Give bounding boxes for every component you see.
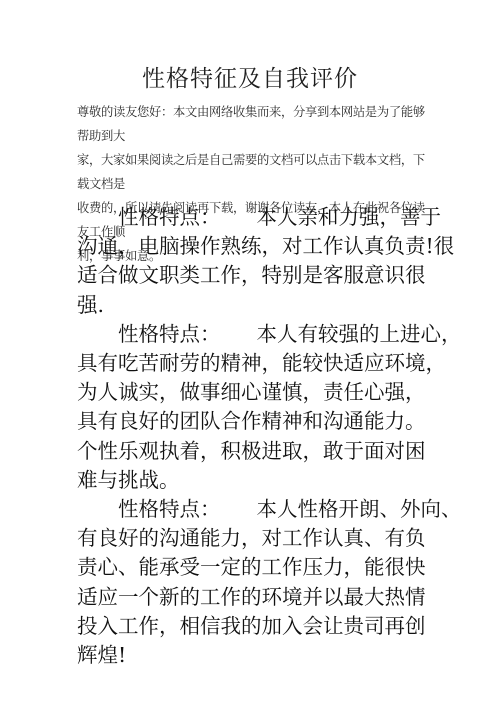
section-trait-1: 性格特点：本人亲和力强，善于 沟通，电脑操作熟练，对工作认真负责!很 适合做文职…	[77, 203, 432, 320]
notice-line: 家，大家如果阅读之后是自己需要的文档可以点击下载本文档，下载文档是	[77, 148, 427, 196]
body-line: 为人诚实，做事细心谨慎，责任心强，	[77, 378, 432, 407]
section-first-line: 性格特点：本人性格开朗、外向、	[77, 495, 432, 524]
body-line: 责心、能承受一定的工作压力，能很快	[77, 553, 432, 582]
body-line: 有良好的沟通能力，对工作认真、有负	[77, 524, 432, 553]
body-line: 适合做文职类工作，特别是客服意识很	[77, 261, 432, 290]
section-trait-3: 性格特点：本人性格开朗、外向、 有良好的沟通能力，对工作认真、有负 责心、能承受…	[77, 495, 432, 670]
body-line: 沟通，电脑操作熟练，对工作认真负责!很	[77, 232, 432, 261]
body-line: 辉煌!	[77, 641, 432, 670]
section-lead-text: 本人性格开朗、外向、	[257, 497, 462, 521]
notice-line: 尊敬的读友您好：本文由网络收集而来，分享到本网站是为了能够帮助到大	[77, 100, 427, 148]
section-lead-text: 本人有较强的上进心，	[257, 322, 462, 346]
document-page: 性格特征及自我评价 尊敬的读友您好：本文由网络收集而来，分享到本网站是为了能够帮…	[0, 0, 500, 708]
body-line: 具有吃苦耐劳的精神，能较快适应环境，	[77, 349, 432, 378]
document-body: 性格特点：本人亲和力强，善于 沟通，电脑操作熟练，对工作认真负责!很 适合做文职…	[77, 203, 432, 670]
section-label: 性格特点：	[118, 497, 221, 521]
body-line: 适应一个新的工作的环境并以最大热情	[77, 583, 432, 612]
document-title: 性格特征及自我评价	[0, 64, 500, 94]
section-lead-text: 本人亲和力强，善于	[257, 205, 442, 229]
section-label: 性格特点：	[118, 322, 221, 346]
body-line: 强.	[77, 291, 432, 320]
body-line: 投入工作，相信我的加入会让贵司再创	[77, 612, 432, 641]
body-line: 个性乐观执着，积极进取，敢于面对困	[77, 437, 432, 466]
section-first-line: 性格特点：本人亲和力强，善于	[77, 203, 432, 232]
body-line: 具有良好的团队合作精神和沟通能力。	[77, 407, 432, 436]
body-line: 难与挑战。	[77, 466, 432, 495]
section-label: 性格特点：	[118, 205, 221, 229]
section-first-line: 性格特点：本人有较强的上进心，	[77, 320, 432, 349]
section-trait-2: 性格特点：本人有较强的上进心， 具有吃苦耐劳的精神，能较快适应环境， 为人诚实，…	[77, 320, 432, 495]
